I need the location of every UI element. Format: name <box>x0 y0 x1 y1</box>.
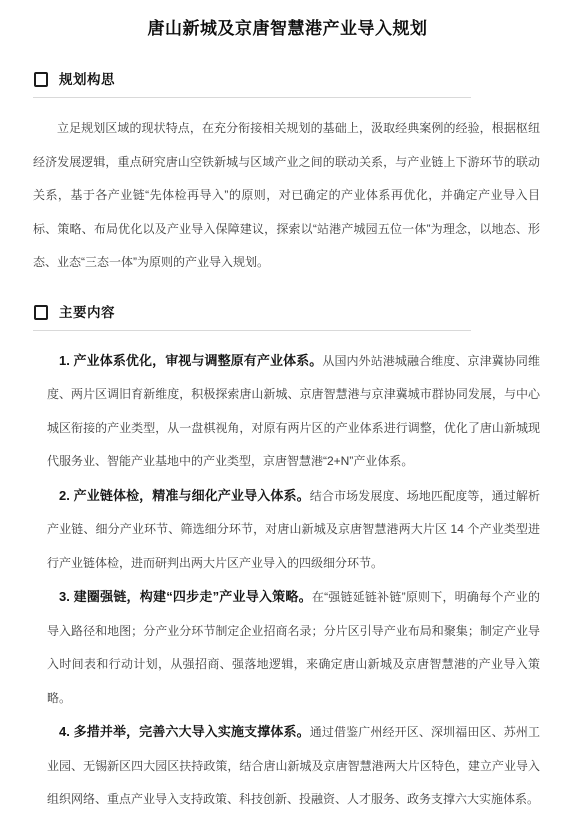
planning-heading-row: 规划构思 <box>34 71 540 88</box>
item-2-lead: 2. 产业链体检，精准与细化产业导入体系。 <box>59 488 310 503</box>
content-item-3: 3. 建圈强链，构建“四步走”产业导入策略。在“强链延链补链”原则下，明确每个产… <box>47 580 540 715</box>
item-1-lead: 1. 产业体系优化，审视与调整原有产业体系。 <box>59 353 322 368</box>
section-planning: 规划构思 立足规划区域的现状特点，在充分衔接相关规划的基础上，汲取经典案例的经验… <box>0 71 575 280</box>
content-item-2: 2. 产业链体检，精准与细化产业导入体系。结合市场发展度、场地匹配度等，通过解析… <box>47 479 540 581</box>
content-item-4: 4. 多措并举，完善六大导入实施支撑体系。通过借鉴广州经开区、深圳福田区、苏州工… <box>47 715 540 813</box>
content-heading-row: 主要内容 <box>34 304 540 321</box>
square-bullet-icon <box>34 305 48 320</box>
item-4-lead: 4. 多措并举，完善六大导入实施支撑体系。 <box>59 724 310 739</box>
item-3-body: 在“强链延链补链”原则下，明确每个产业的导入路径和地图；分产业分环节制定企业招商… <box>47 590 540 705</box>
heading-divider <box>33 330 471 331</box>
content-heading-label: 主要内容 <box>59 304 115 321</box>
item-3-lead: 3. 建圈强链，构建“四步走”产业导入策略。 <box>59 589 312 604</box>
content-item-1: 1. 产业体系优化，审视与调整原有产业体系。从国内外站港城融合维度、京津冀协同维… <box>47 344 540 479</box>
heading-divider <box>33 97 471 98</box>
planning-heading-label: 规划构思 <box>59 71 115 88</box>
section-main-content: 主要内容 1. 产业体系优化，审视与调整原有产业体系。从国内外站港城融合维度、京… <box>0 304 575 813</box>
square-bullet-icon <box>34 72 48 87</box>
page-title: 唐山新城及京唐智慧港产业导入规划 <box>0 0 575 41</box>
content-item-list: 1. 产业体系优化，审视与调整原有产业体系。从国内外站港城融合维度、京津冀协同维… <box>47 344 540 813</box>
item-1-body: 从国内外站港城融合维度、京津冀协同维度、两片区调旧育新维度，积极探索唐山新城、京… <box>47 354 540 469</box>
document-page: 唐山新城及京唐智慧港产业导入规划 规划构思 立足规划区域的现状特点，在充分衔接相… <box>0 0 575 813</box>
planning-paragraph: 立足规划区域的现状特点，在充分衔接相关规划的基础上，汲取经典案例的经验，根据枢纽… <box>33 112 540 280</box>
